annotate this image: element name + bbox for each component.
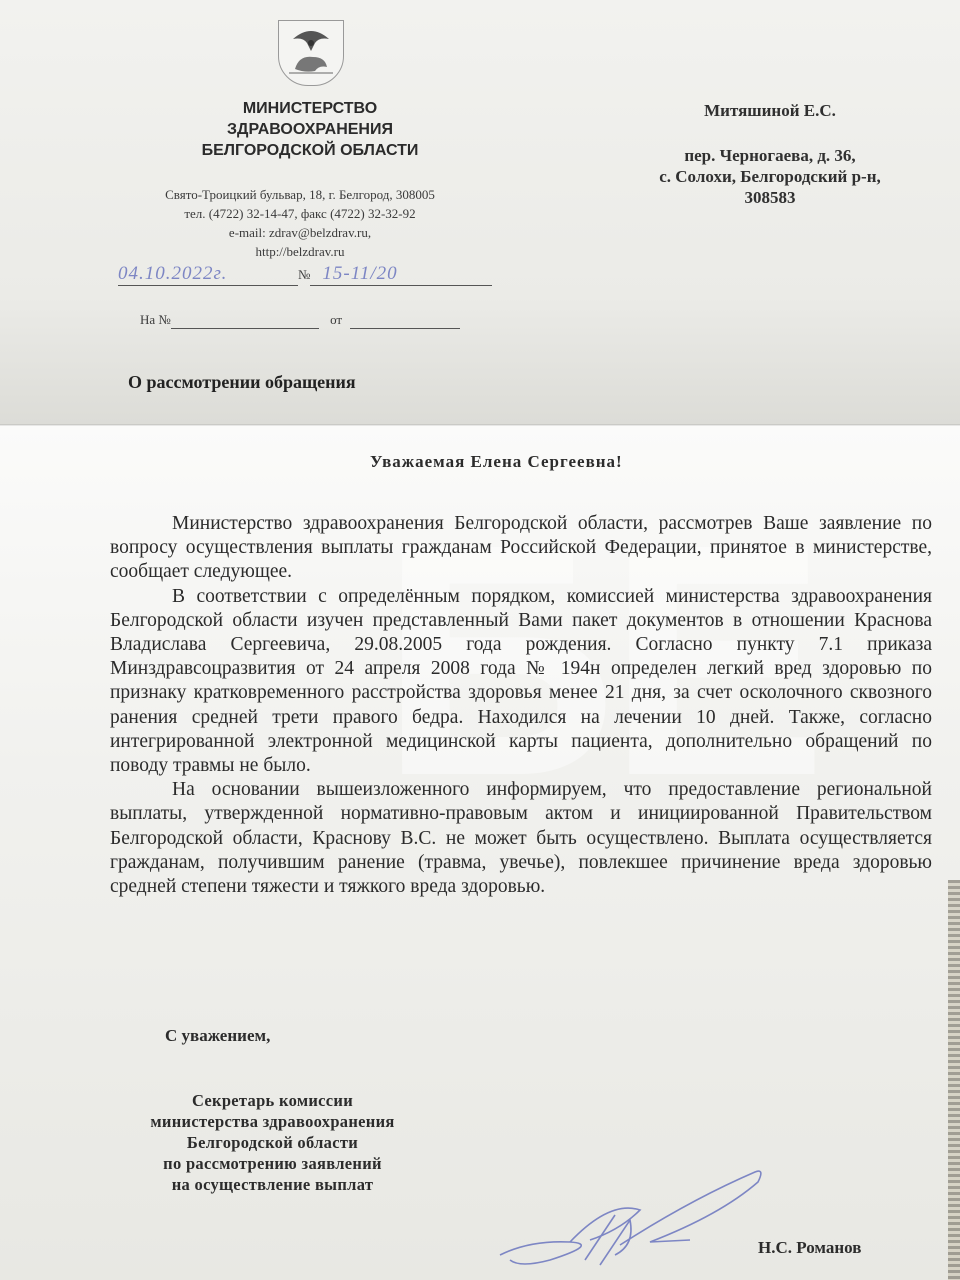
body-paragraph: Министерство здравоохранения Белгородско… bbox=[110, 512, 932, 585]
addressee-block: Митяшиной Е.С. пер. Черногаева, д. 36, с… bbox=[610, 100, 930, 208]
reference-line: На № от bbox=[140, 312, 460, 329]
reference-date-blank bbox=[350, 312, 460, 329]
signer-title-line: министерства здравоохранения bbox=[100, 1111, 445, 1132]
signer-title-line: по рассмотрению заявлений bbox=[100, 1153, 445, 1174]
addressee-street: пер. Черногаева, д. 36, bbox=[610, 145, 930, 166]
body-paragraph: В соответствии с определённым порядком, … bbox=[110, 585, 932, 779]
ministry-email: e-mail: zdrav@belzdrav.ru, bbox=[130, 223, 470, 242]
body-paragraph: На основании вышеизложенного информируем… bbox=[110, 778, 932, 899]
paper-fold-line bbox=[0, 424, 960, 426]
addressee-name: Митяшиной Е.С. bbox=[610, 100, 930, 121]
letter-subject: О рассмотрении обращения bbox=[128, 372, 356, 393]
paper-edge-shadow bbox=[948, 880, 960, 1280]
letter-greeting: Уважаемая Елена Сергеевна! bbox=[370, 452, 623, 472]
registration-date: 04.10.2022г. bbox=[118, 263, 298, 286]
handwritten-signature-icon bbox=[490, 1160, 790, 1275]
ministry-name-line: БЕЛГОРОДСКОЙ ОБЛАСТИ bbox=[150, 140, 470, 161]
ministry-phone: тел. (4722) 32-14-47, факс (4722) 32-32-… bbox=[130, 204, 470, 223]
ministry-name-line: МИНИСТЕРСТВО bbox=[150, 98, 470, 119]
registration-date-line: 04.10.2022г.№15-11/20 bbox=[118, 263, 492, 286]
reference-number-blank bbox=[171, 312, 319, 329]
registration-number: 15-11/20 bbox=[310, 263, 492, 286]
ministry-name: МИНИСТЕРСТВО ЗДРАВООХРАНЕНИЯ БЕЛГОРОДСКО… bbox=[150, 98, 470, 161]
reference-from-label: от bbox=[330, 312, 342, 327]
ministry-name-line: ЗДРАВООХРАНЕНИЯ bbox=[150, 119, 470, 140]
addressee-postcode: 308583 bbox=[610, 187, 930, 208]
signer-title-line: Белгородской области bbox=[100, 1132, 445, 1153]
reference-number-label: На № bbox=[140, 312, 171, 327]
letter-closing: С уважением, bbox=[165, 1026, 270, 1046]
signer-title-line: Секретарь комиссии bbox=[100, 1090, 445, 1111]
addressee-locality: с. Солохи, Белгородский р-н, bbox=[610, 166, 930, 187]
ministry-contacts: Свято-Троицкий бульвар, 18, г. Белгород,… bbox=[130, 185, 470, 261]
letter-body: Министерство здравоохранения Белгородско… bbox=[110, 512, 932, 899]
belgorod-coat-of-arms-icon bbox=[278, 20, 344, 86]
signer-title: Секретарь комиссии министерства здравоох… bbox=[100, 1090, 445, 1195]
ministry-address: Свято-Троицкий бульвар, 18, г. Белгород,… bbox=[130, 185, 470, 204]
signer-name: Н.С. Романов bbox=[758, 1238, 861, 1258]
ministry-website: http://belzdrav.ru bbox=[130, 242, 470, 261]
registration-number-label: № bbox=[298, 267, 310, 282]
signer-title-line: на осуществление выплат bbox=[100, 1174, 445, 1195]
